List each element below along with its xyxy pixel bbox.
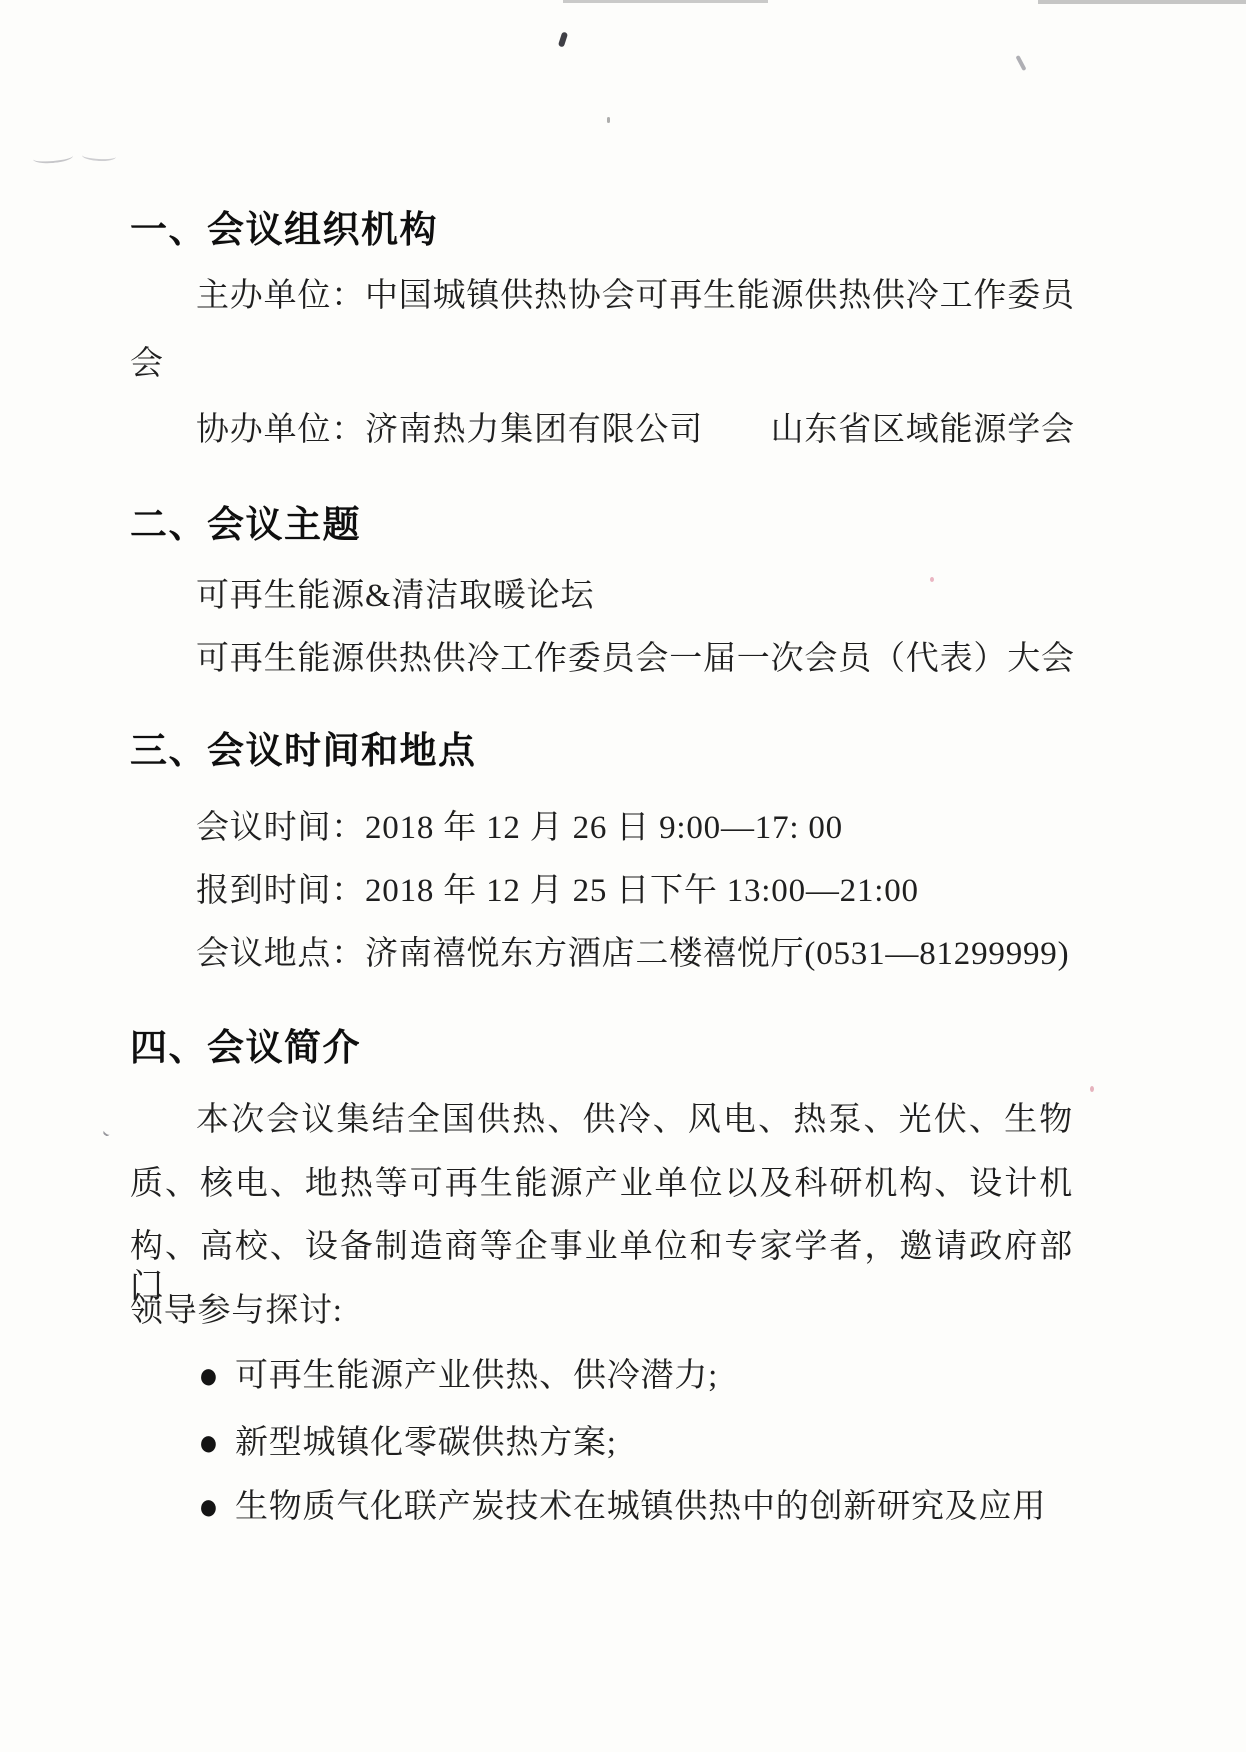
bullet-icon: ● xyxy=(198,1487,219,1527)
host-organizer-line: 主办单位：中国城镇供热协会可再生能源供热供冷工作委员 xyxy=(196,276,1080,316)
venue-line: 会议地点：济南禧悦东方酒店二楼禧悦厅(0531—81299999) xyxy=(196,934,1069,974)
section-heading-organization: 一、会议组织机构 xyxy=(130,208,438,252)
scan-artifact xyxy=(930,577,934,582)
bullet-icon: ● xyxy=(198,1356,219,1396)
topic-list-item: ● 生物质气化联产炭技术在城镇供热中的创新研究及应用 xyxy=(197,1487,1046,1527)
intro-paragraph-line-1: 本次会议集结全国供热、供冷、风电、热泵、光伏、生物 xyxy=(196,1100,1073,1140)
bullet-icon: ● xyxy=(198,1423,219,1463)
topic-list-item-label: 生物质气化联产炭技术在城镇供热中的创新研究及应用 xyxy=(235,1487,1046,1527)
intro-paragraph-line-4: 领导参与探讨: xyxy=(130,1291,343,1331)
meeting-time-line: 会议时间：2018 年 12 月 26 日 9:00—17: 00 xyxy=(196,808,843,848)
scan-artifact xyxy=(1090,1086,1094,1092)
scan-artifact xyxy=(563,0,768,3)
scan-artifact xyxy=(1038,0,1246,4)
topic-list-item-label: 新型城镇化零碳供热方案; xyxy=(235,1423,617,1463)
scan-artifact xyxy=(33,150,74,164)
intro-paragraph-line-2: 质、核电、地热等可再生能源产业单位以及科研机构、设计机 xyxy=(130,1164,1073,1204)
scan-artifact xyxy=(607,117,610,123)
co-organizer-line: 协办单位：济南热力集团有限公司 山东省区域能源学会 xyxy=(196,410,1075,450)
scan-artifact xyxy=(102,1126,113,1137)
section-heading-theme: 二、会议主题 xyxy=(130,503,361,547)
topic-list-item-label: 可再生能源产业供热、供冷潜力; xyxy=(235,1356,718,1396)
topic-list-item: ● 新型城镇化零碳供热方案; xyxy=(197,1423,617,1463)
scanned-document-page: 一、会议组织机构 主办单位：中国城镇供热协会可再生能源供热供冷工作委员 会 协办… xyxy=(0,0,1246,1752)
theme-forum-line: 可再生能源&清洁取暖论坛 xyxy=(196,576,594,616)
section-heading-introduction: 四、会议简介 xyxy=(130,1026,361,1070)
host-organizer-wrap-line: 会 xyxy=(130,344,164,384)
theme-assembly-line: 可再生能源供热供冷工作委员会一届一次会员（代表）大会 xyxy=(196,639,1075,679)
scan-artifact xyxy=(82,150,116,162)
scan-artifact xyxy=(1015,55,1026,71)
section-heading-time-venue: 三、会议时间和地点 xyxy=(130,729,477,773)
checkin-time-line: 报到时间：2018 年 12 月 25 日下午 13:00—21:00 xyxy=(196,871,919,911)
topic-list-item: ● 可再生能源产业供热、供冷潜力; xyxy=(197,1356,718,1396)
scan-artifact xyxy=(558,31,568,47)
